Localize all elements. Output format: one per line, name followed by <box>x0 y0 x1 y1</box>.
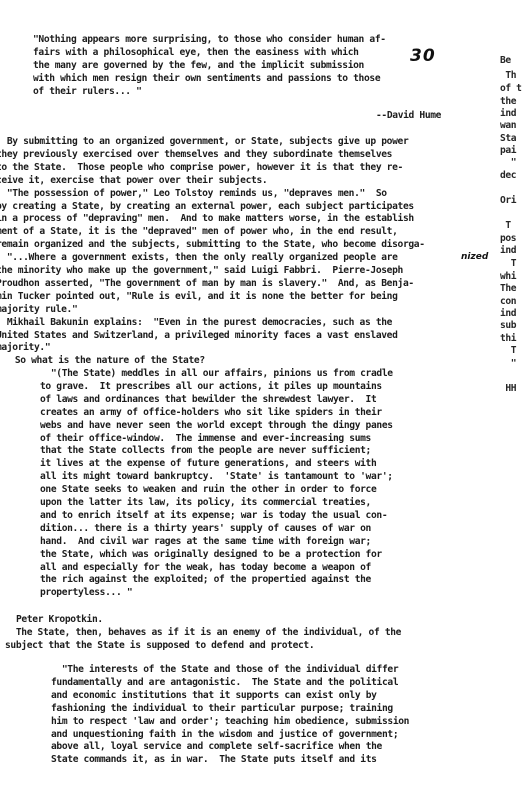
facing-page-fragment: Sta <box>500 133 516 146</box>
body-paragraph-line: The State, then, behaves as if it is an … <box>5 627 401 640</box>
facing-page-fragment: HH <box>500 383 516 396</box>
kropotkin-attribution: Peter Kropotkin. <box>16 614 103 627</box>
final-quote-line: above all, loyal service and complete se… <box>51 741 382 754</box>
facing-page-fragment: The <box>500 283 516 296</box>
facing-page-fragment: wan <box>500 120 516 133</box>
body-paragraph-line: majority." <box>0 342 50 355</box>
body-paragraph-line: Mikhail Bakunin explains: "Even in the p… <box>0 317 392 330</box>
body-paragraph-line: in a process of "depraving" men. And to … <box>0 213 414 226</box>
hume-attribution: --David Hume <box>376 110 441 123</box>
final-quote-line: and economic institutions that it suppor… <box>51 690 377 703</box>
facing-page-fragment: dec <box>500 170 516 183</box>
body-paragraph-line: Proudhon asserted, "The government of ma… <box>0 278 414 291</box>
kropotkin-quote-line: it lives at the expense of future genera… <box>40 458 376 471</box>
kropotkin-quote-line: that the State collects from the people … <box>40 445 371 458</box>
body-paragraph-line: By submitting to an organized government… <box>0 136 408 149</box>
kropotkin-quote-line: propertyless... " <box>40 587 132 600</box>
facing-page-fragment: of t <box>500 83 522 96</box>
facing-page-fragment: ind <box>500 245 516 258</box>
final-quote-line: "The interests of the State and those of… <box>51 664 398 677</box>
facing-page-fragment: con <box>500 296 516 309</box>
final-quote-line: State commands it, as in war. The State … <box>51 754 377 767</box>
body-paragraph-line: United States and Switzerland, a privile… <box>0 330 398 343</box>
kropotkin-quote-line: to grave. It prescribes all our actions,… <box>40 381 382 394</box>
hume-quote-line: "Nothing appears more surprising, to tho… <box>33 34 386 47</box>
kropotkin-quote-line: the rich against the exploited; of the p… <box>40 574 371 587</box>
facing-page-fragment: the <box>500 96 516 109</box>
body-paragraph-line: the minority who make up the government,… <box>0 265 403 278</box>
facing-page-fragment: T <box>500 220 511 233</box>
body-paragraph-line: they previously exercised over themselve… <box>0 149 392 162</box>
facing-page-fragment: Th <box>500 70 516 83</box>
body-paragraph-line: "...Where a government exists, then the … <box>0 252 398 265</box>
body-paragraph-line: "The possession of power," Leo Tolstoy r… <box>0 188 387 201</box>
final-quote-line: fashioning the individual to their parti… <box>51 703 393 716</box>
hume-quote-line: fairs with a philosophical eye, then the… <box>33 47 359 60</box>
handwritten-insert: nized <box>461 252 488 262</box>
body-paragraph-line: ceive it, exercise that power over their… <box>0 175 267 188</box>
body-paragraph-line: So what is the nature of the State? <box>4 355 205 368</box>
facing-page-fragment: " <box>500 358 516 371</box>
body-paragraph-line: by creating a State, by creating an exte… <box>0 201 414 214</box>
facing-page-fragment: ind <box>500 308 516 321</box>
facing-page-fragment: " <box>500 157 516 170</box>
kropotkin-quote-line: upon the latter its law, its policy, its… <box>40 497 371 510</box>
hume-quote-line: with which men resign their own sentimen… <box>33 73 380 86</box>
kropotkin-quote-line: creates an army of office-holders who si… <box>40 407 382 420</box>
kropotkin-quote-line: "(The State) meddles in all our affairs,… <box>40 368 393 381</box>
body-paragraph-line: subject that the State is supposed to de… <box>5 640 314 653</box>
kropotkin-quote-line: hand. And civil war rages at the same ti… <box>40 536 371 549</box>
kropotkin-quote-line: all its might toward bankruptcy. 'State'… <box>40 471 393 484</box>
kropotkin-quote-line: one State seeks to weaken and ruin the o… <box>40 484 376 497</box>
body-paragraph-line: majority rule." <box>0 304 77 317</box>
facing-page-fragment: thi <box>500 333 516 346</box>
kropotkin-quote-line: and to enrich itself at its expense; war… <box>40 510 387 523</box>
kropotkin-quote-line: dition... there is a thirty years' suppl… <box>40 523 371 536</box>
facing-page-fragment: Be <box>500 55 511 68</box>
facing-page-fragment: Ori <box>500 195 516 208</box>
final-quote-line: him to respect 'law and order'; teaching… <box>51 716 409 729</box>
facing-page-fragment: whi <box>500 271 516 284</box>
kropotkin-quote-line: webs and have never seen the world excep… <box>40 420 393 433</box>
body-paragraph-line: remain organized and the subjects, submi… <box>0 239 425 252</box>
facing-page-fragment: ind <box>500 108 516 121</box>
hume-quote-line: of their rulers... " <box>33 86 142 99</box>
facing-page-fragment: T <box>500 258 516 271</box>
facing-page-fragment: pai <box>500 145 516 158</box>
document-page: 30 "Nothing appears more surprising, to … <box>0 0 525 812</box>
handwritten-page-number: 30 <box>410 46 436 66</box>
kropotkin-quote-line: of laws and ordinances that bewilder the… <box>40 394 376 407</box>
facing-page-fragment: pos <box>500 233 516 246</box>
body-paragraph-line: min Tucker pointed out, "Rule is evil, a… <box>0 291 398 304</box>
kropotkin-quote-line: the State, which was originally designed… <box>40 549 382 562</box>
body-paragraph-line: to the State. Those people who comprise … <box>0 162 403 175</box>
facing-page-fragment: T <box>500 345 516 358</box>
facing-page-fragment: sub <box>500 320 516 333</box>
body-paragraph-line: ment of a State, it is the "depraved" me… <box>0 226 398 239</box>
hume-quote-line: the many are governed by the few, and th… <box>33 60 364 73</box>
kropotkin-quote-line: of their office-window. The immense and … <box>40 433 371 446</box>
kropotkin-quote-line: all and especially for the weak, has tod… <box>40 562 371 575</box>
final-quote-line: fundamentally and are antagonistic. The … <box>51 677 398 690</box>
final-quote-line: and unquestioning faith in the wisdom an… <box>51 729 398 742</box>
